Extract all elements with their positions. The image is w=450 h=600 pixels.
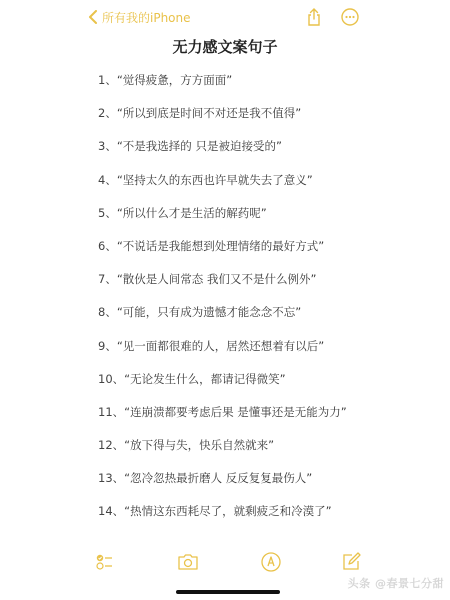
list-item: 9、“见一面都很难的人，居然还想着有以后” (98, 337, 398, 370)
back-label: 所有我的iPhone (102, 9, 191, 26)
compose-button[interactable] (339, 550, 363, 574)
list-item: 6、“不说话是我能想到处理情绪的最好方式” (98, 237, 398, 270)
watermark: 头条 @春景七分甜 (348, 575, 444, 591)
camera-icon (176, 550, 200, 574)
list-item: 3、“不是我选择的 只是被迫接受的” (98, 137, 398, 170)
share-icon (304, 7, 324, 27)
list-item: 13、“忽冷忽热最折磨人 反反复复最伤人” (98, 469, 398, 502)
note-title: 无力感文案句子 (0, 36, 450, 57)
list-item: 7、“散伙是人间常态 我们又不是什么例外” (98, 270, 398, 303)
more-button[interactable] (340, 7, 360, 27)
back-button[interactable]: 所有我的iPhone (88, 8, 191, 26)
navigation-bar: 所有我的iPhone (0, 0, 450, 34)
notes-screen: 所有我的iPhone 无力感文案句子 1、“觉得疲惫，方方面面” 2、“所以到底… (0, 0, 450, 600)
bottom-toolbar (0, 550, 450, 576)
list-item: 2、“所以到底是时间不对还是我不值得” (98, 104, 398, 137)
camera-button[interactable] (176, 550, 200, 574)
compose-icon (339, 550, 363, 574)
list-item: 4、“坚持太久的东西也许早就失去了意义” (98, 171, 398, 204)
list-item: 8、“可能，只有成为遗憾才能念念不忘” (98, 303, 398, 336)
list-item: 14、“热情这东西耗尽了，就剩疲乏和冷漠了” (98, 502, 398, 535)
note-body[interactable]: 1、“觉得疲惫，方方面面” 2、“所以到底是时间不对还是我不值得” 3、“不是我… (98, 71, 398, 536)
checklist-icon (94, 550, 118, 574)
list-item: 12、“放下得与失，快乐自然就来” (98, 436, 398, 469)
checklist-button[interactable] (94, 550, 118, 574)
more-icon (340, 7, 360, 27)
markup-button[interactable] (259, 550, 283, 574)
markup-icon (259, 550, 283, 574)
list-item: 10、“无论发生什么，都请记得微笑” (98, 370, 398, 403)
list-item: 5、“所以什么才是生活的解药呢” (98, 204, 398, 237)
list-item: 11、“连崩溃都要考虑后果 是懂事还是无能为力” (98, 403, 398, 436)
chevron-left-icon (88, 10, 98, 24)
list-item: 1、“觉得疲惫，方方面面” (98, 71, 398, 104)
home-indicator[interactable] (176, 590, 280, 594)
share-button[interactable] (304, 7, 324, 27)
